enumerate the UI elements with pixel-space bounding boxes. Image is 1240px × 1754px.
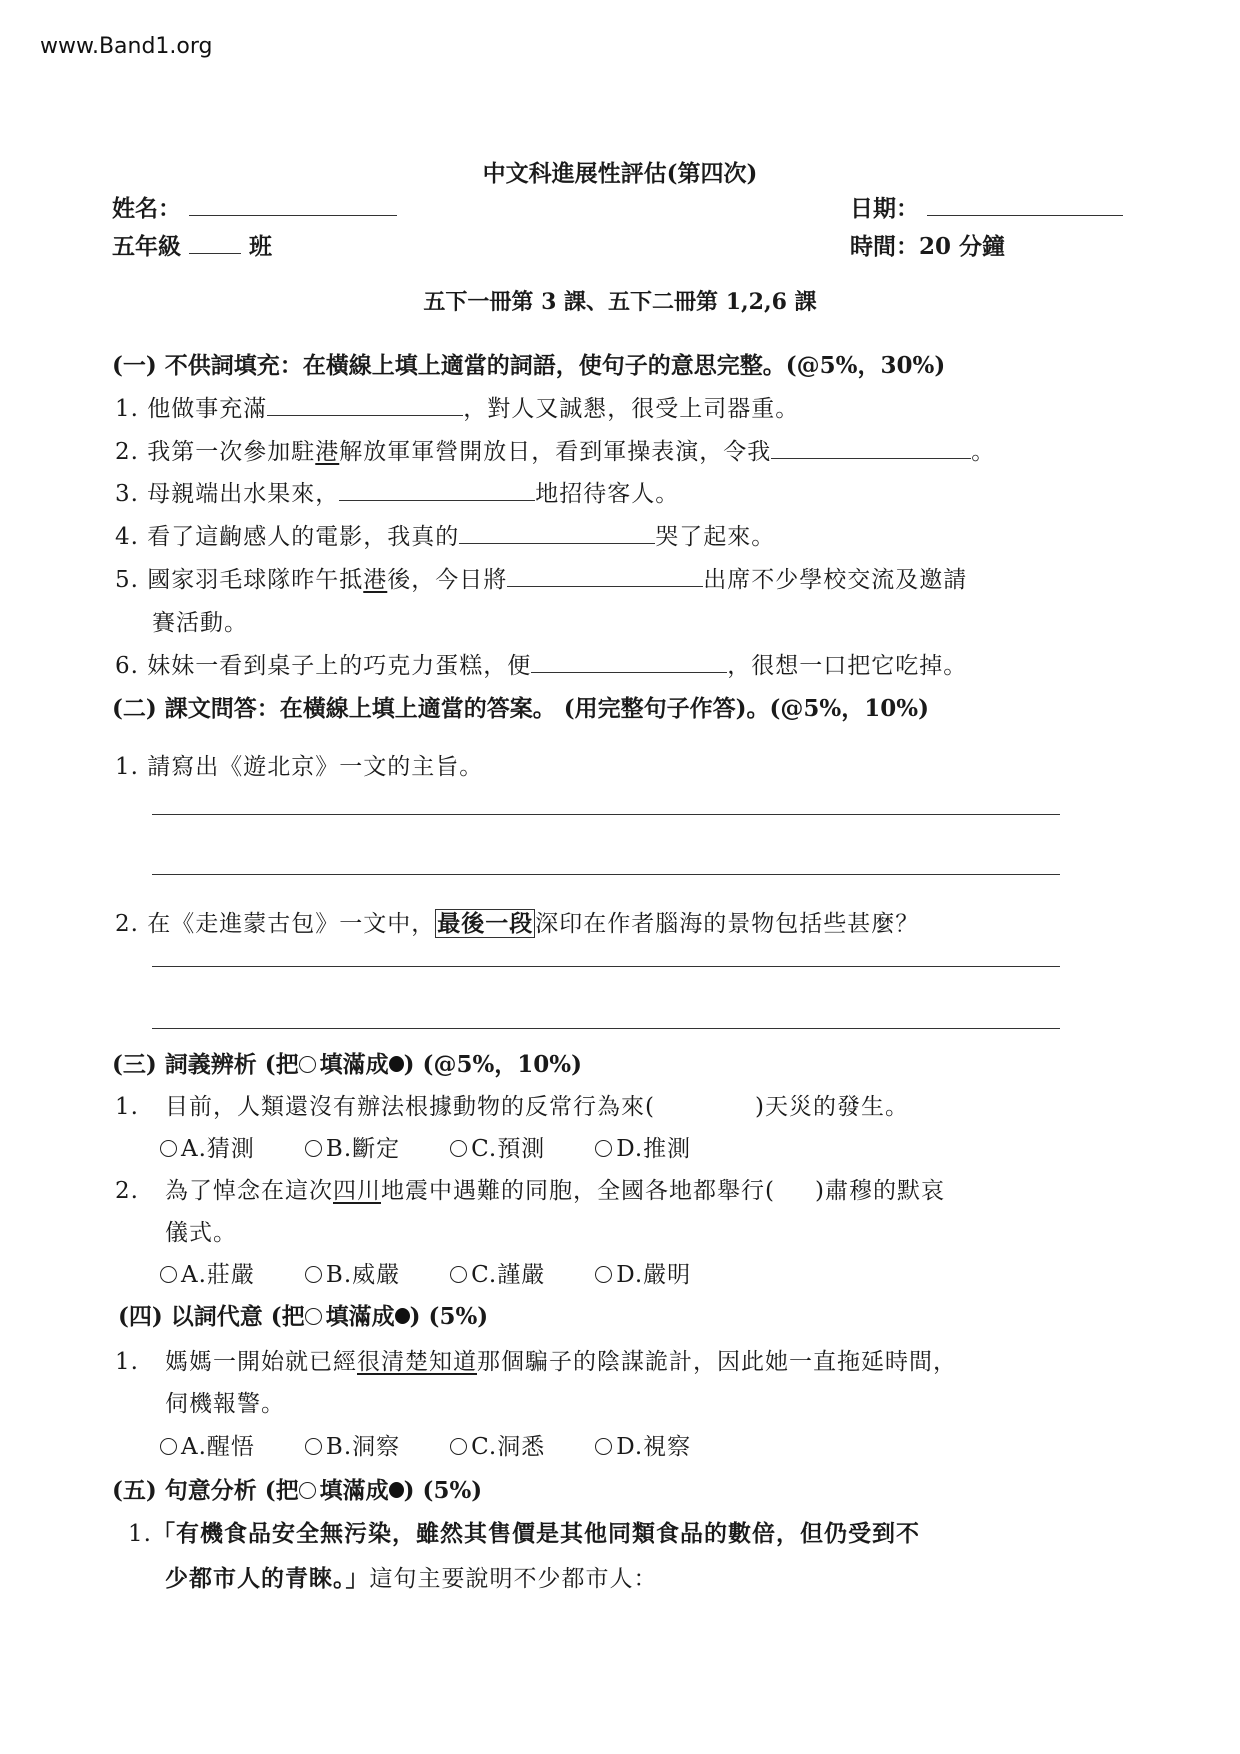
question-number: 1.	[128, 1521, 152, 1547]
filled-circle-icon	[389, 1482, 404, 1498]
name-label: 姓名：	[112, 195, 181, 222]
question-text: 地招待客人。	[535, 481, 679, 507]
time-label: 時間：20 分鐘	[850, 228, 1005, 261]
question-text: 後，今日將	[387, 567, 507, 593]
lesson-scope: 五下一冊第 3 課、五下二冊第 1,2,6 課	[0, 285, 1240, 316]
empty-circle-icon	[299, 1056, 316, 1073]
question-text: 解放軍軍營開放日，看到軍操表演，令我	[339, 439, 771, 465]
option-label: C.預測	[471, 1136, 545, 1162]
question-number: 1.	[115, 396, 139, 422]
question-number: 1.	[115, 1349, 165, 1375]
filled-circle-icon	[395, 1308, 410, 1324]
s3-question-2: 2.為了悼念在這次四川地震中遇難的同胞，全國各地都舉行()肅穆的默哀	[115, 1172, 945, 1205]
class-label: 班	[249, 233, 272, 260]
radio-circle-icon[interactable]	[160, 1438, 177, 1455]
heading-text: (五) 句意分析 (把	[112, 1477, 299, 1504]
question-text: 媽媽一開始就已經	[165, 1349, 357, 1375]
option-d[interactable]: D.嚴明	[595, 1256, 691, 1289]
radio-circle-icon[interactable]	[595, 1140, 612, 1157]
answer-blank[interactable]	[771, 457, 971, 459]
question-number: 2.	[115, 439, 139, 465]
option-label: A.醒悟	[181, 1434, 255, 1460]
option-label: D.視察	[616, 1434, 691, 1460]
date-field[interactable]	[927, 214, 1123, 216]
heading-text: (三) 詞義辨析 (把	[112, 1051, 299, 1078]
option-c[interactable]: C.謹嚴	[450, 1256, 545, 1289]
question-text: ，對人又誠懇，很受上司器重。	[463, 396, 799, 422]
s5-question-1: 1.「有機食品安全無污染，雖然其售價是其他同類食品的數倍，但仍受到不	[128, 1515, 920, 1548]
option-c[interactable]: C.洞悉	[450, 1428, 545, 1461]
underlined-word: 港	[363, 567, 387, 593]
option-d[interactable]: D.推測	[595, 1130, 691, 1163]
heading-text: (四) 以詞代意 (把	[118, 1303, 305, 1330]
s4-q1-options: A.醒悟B.洞察C.洞悉D.視察	[160, 1428, 741, 1461]
question-text: 出席不少學校交流及邀請	[703, 567, 967, 593]
option-label: A.猜測	[181, 1136, 255, 1162]
option-a[interactable]: A.醒悟	[160, 1428, 255, 1461]
question-number: 2.	[115, 911, 139, 937]
answer-blank[interactable]	[339, 499, 535, 501]
heading-text: ) (5%)	[404, 1477, 483, 1504]
question-text: 。	[971, 439, 995, 465]
section1-heading: (一) 不供詞填充：在橫線上填上適當的詞語，使句子的意思完整。(@5%，30%)	[112, 347, 945, 380]
question-text: 他做事充滿	[147, 396, 267, 422]
boxed-emphasis: 最後一段	[435, 909, 535, 938]
question-text: 母親端出水果來，	[147, 481, 339, 507]
date-label: 日期：	[850, 195, 919, 222]
answer-line[interactable]	[152, 1028, 1060, 1029]
option-label: B.威嚴	[326, 1262, 400, 1288]
answer-line[interactable]	[152, 966, 1060, 967]
option-d[interactable]: D.視察	[595, 1428, 691, 1461]
radio-circle-icon[interactable]	[305, 1438, 322, 1455]
section2-heading: (二) 課文問答：在橫線上填上適當的答案。 (用完整句子作答)。(@5%，10%…	[112, 690, 929, 723]
option-a[interactable]: A.莊嚴	[160, 1256, 255, 1289]
watermark: www.Band1.org	[40, 34, 213, 59]
section3-heading: (三) 詞義辨析 (把填滿成) (@5%，10%)	[112, 1046, 582, 1079]
option-label: A.莊嚴	[181, 1262, 255, 1288]
s1-question-2: 2. 我第一次參加駐港解放軍軍營開放日，看到軍操表演，令我。	[115, 433, 995, 466]
section4-heading: (四) 以詞代意 (把填滿成) (5%)	[118, 1298, 488, 1331]
empty-circle-icon	[305, 1308, 322, 1325]
answer-blank[interactable]	[531, 671, 727, 673]
question-text: 目前，人類還沒有辦法根據動物的反常行為來(	[165, 1094, 655, 1120]
question-number: 1.	[115, 1094, 165, 1120]
radio-circle-icon[interactable]	[305, 1266, 322, 1283]
s4-question-1: 1.媽媽一開始就已經很清楚知道那個騙子的陰謀詭計，因此她一直拖延時間，	[115, 1343, 957, 1376]
radio-circle-icon[interactable]	[450, 1140, 467, 1157]
heading-text: 填滿成	[320, 1477, 389, 1504]
s1-question-5-cont: 賽活動。	[152, 604, 248, 637]
s1-question-3: 3. 母親端出水果來，地招待客人。	[115, 475, 679, 508]
s2-question-1: 1. 請寫出《遊北京》一文的主旨。	[115, 748, 483, 781]
radio-circle-icon[interactable]	[450, 1266, 467, 1283]
option-b[interactable]: B.洞察	[305, 1428, 400, 1461]
grade-label: 五年級	[112, 233, 181, 260]
s3-q1-options: A.猜測B.斷定C.預測D.推測	[160, 1130, 741, 1163]
answer-blank[interactable]	[459, 542, 655, 544]
answer-blank[interactable]	[267, 414, 463, 416]
question-number: 4.	[115, 524, 139, 550]
underlined-word: 很清楚知道	[357, 1349, 477, 1375]
page-title: 中文科進展性評估(第四次)	[0, 155, 1240, 188]
s5-question-1-cont: 少都市人的青睞。」這句主要說明不少都市人：	[165, 1560, 658, 1593]
question-text: ，很想一口把它吃掉。	[727, 653, 967, 679]
question-text: 妹妹一看到桌子上的巧克力蛋糕，便	[147, 653, 531, 679]
question-text: 國家羽毛球隊昨午抵	[147, 567, 363, 593]
quoted-sentence: 少都市人的青睞。」	[165, 1565, 370, 1592]
question-text: )肅穆的默哀	[815, 1178, 945, 1204]
radio-circle-icon[interactable]	[595, 1266, 612, 1283]
answer-blank[interactable]	[507, 585, 703, 587]
question-number: 5.	[115, 567, 139, 593]
filled-circle-icon	[389, 1056, 404, 1072]
question-text: 我第一次參加駐	[147, 439, 315, 465]
option-label: C.謹嚴	[471, 1262, 545, 1288]
question-text: 這句主要說明不少都市人：	[370, 1566, 658, 1592]
option-b[interactable]: B.斷定	[305, 1130, 400, 1163]
option-c[interactable]: C.預測	[450, 1130, 545, 1163]
s1-question-5: 5. 國家羽毛球隊昨午抵港後，今日將出席不少學校交流及邀請	[115, 561, 967, 594]
question-number: 6.	[115, 653, 139, 679]
radio-circle-icon[interactable]	[160, 1140, 177, 1157]
s3-question-2-cont: 儀式。	[165, 1214, 237, 1247]
s1-question-1: 1. 他做事充滿，對人又誠懇，很受上司器重。	[115, 390, 799, 423]
question-text: 深印在作者腦海的景物包括些甚麼？	[535, 911, 919, 937]
heading-text: 填滿成	[326, 1303, 395, 1330]
answer-line[interactable]	[152, 874, 1060, 875]
option-a[interactable]: A.猜測	[160, 1130, 255, 1163]
question-text: )天災的發生。	[755, 1094, 909, 1120]
s3-q2-options: A.莊嚴B.威嚴C.謹嚴D.嚴明	[160, 1256, 741, 1289]
option-label: B.斷定	[326, 1136, 400, 1162]
empty-circle-icon	[299, 1482, 316, 1499]
s4-question-1-cont: 伺機報警。	[165, 1385, 285, 1418]
heading-text: 填滿成	[320, 1051, 389, 1078]
class-row: 五年級 班	[112, 228, 272, 261]
radio-circle-icon[interactable]	[450, 1438, 467, 1455]
question-text: 請寫出《遊北京》一文的主旨。	[147, 754, 483, 780]
s1-question-6: 6. 妹妹一看到桌子上的巧克力蛋糕，便，很想一口把它吃掉。	[115, 647, 967, 680]
heading-text: ) (5%)	[410, 1303, 489, 1330]
underlined-word: 港	[315, 439, 339, 465]
radio-circle-icon[interactable]	[305, 1140, 322, 1157]
question-text: 地震中遇難的同胞，全國各地都舉行(	[381, 1178, 775, 1204]
question-text: 為了悼念在這次	[165, 1178, 333, 1204]
question-number: 3.	[115, 481, 139, 507]
question-text: 哭了起來。	[655, 524, 775, 550]
name-field[interactable]	[189, 214, 397, 216]
question-number: 1.	[115, 754, 139, 780]
option-label: C.洞悉	[471, 1434, 545, 1460]
date-row: 日期：	[850, 190, 1123, 223]
s3-question-1: 1.目前，人類還沒有辦法根據動物的反常行為來()天災的發生。	[115, 1088, 909, 1121]
name-row: 姓名：	[112, 190, 397, 223]
s2-question-2: 2. 在《走進蒙古包》一文中，最後一段深印在作者腦海的景物包括些甚麼？	[115, 905, 919, 938]
quoted-sentence: 「有機食品安全無污染，雖然其售價是其他同類食品的數倍，但仍受到不	[152, 1520, 920, 1547]
section5-heading: (五) 句意分析 (把填滿成) (5%)	[112, 1472, 482, 1505]
heading-text: ) (@5%，10%)	[404, 1051, 582, 1078]
radio-circle-icon[interactable]	[160, 1266, 177, 1283]
option-label: B.洞察	[326, 1434, 400, 1460]
option-b[interactable]: B.威嚴	[305, 1256, 400, 1289]
question-text: 在《走進蒙古包》一文中，	[147, 911, 435, 937]
question-number: 2.	[115, 1178, 165, 1204]
s1-question-4: 4. 看了這齣感人的電影，我真的哭了起來。	[115, 518, 775, 551]
option-label: D.推測	[616, 1136, 691, 1162]
underlined-word: 四川	[333, 1178, 381, 1204]
question-text: 看了這齣感人的電影，我真的	[147, 524, 459, 550]
question-text: 那個騙子的陰謀詭計，因此她一直拖延時間，	[477, 1349, 957, 1375]
option-label: D.嚴明	[616, 1262, 691, 1288]
class-field[interactable]	[189, 252, 241, 254]
answer-line[interactable]	[152, 814, 1060, 815]
radio-circle-icon[interactable]	[595, 1438, 612, 1455]
